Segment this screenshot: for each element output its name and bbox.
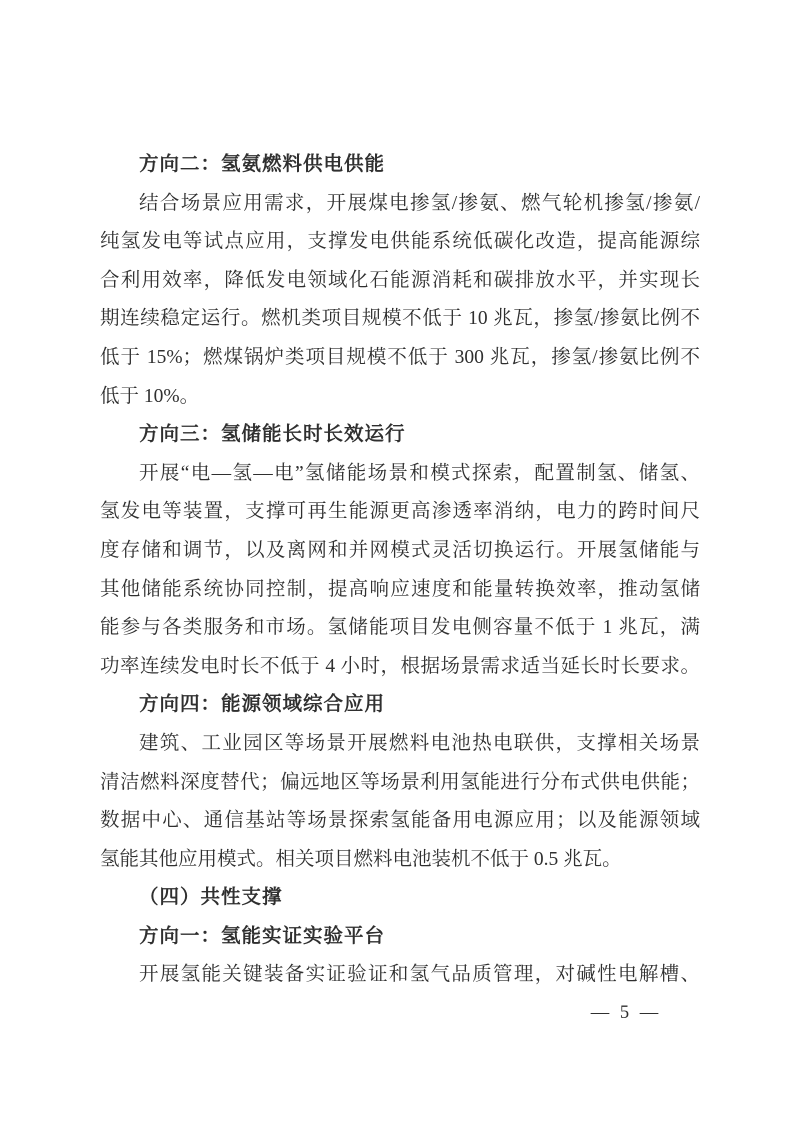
page-number: — 5 — <box>586 1000 666 1026</box>
paragraph-line: 清洁燃料深度替代；偏远地区等场景利用氢能进行分布式供电供能； <box>100 764 700 803</box>
paragraph-line: 氢能其他应用模式。相关项目燃料电池装机不低于 0.5 兆瓦。 <box>100 841 700 880</box>
paragraph-line: 建筑、工业园区等场景开展燃料电池热电联供，支撑相关场景 <box>100 725 700 764</box>
paragraph-line: 开展氢能关键装备实证验证和氢气品质管理，对碱性电解槽、 <box>100 956 700 995</box>
paragraph-line: 功率连续发电时长不低于 4 小时，根据场景需求适当延长时长要求。 <box>100 648 700 687</box>
paragraph-line: 度存储和调节，以及离网和并网模式灵活切换运行。开展氢储能与 <box>100 532 700 571</box>
heading-section-4-common-support: （四）共性支撑 <box>100 879 700 918</box>
paragraph-line: 低于 10%。 <box>100 378 700 417</box>
paragraph-line: 合利用效率，降低发电领域化石能源消耗和碳排放水平，并实现长 <box>100 262 700 301</box>
paragraph-line: 纯氢发电等试点应用，支撑发电供能系统低碳化改造，提高能源综 <box>100 223 700 262</box>
paragraph-line: 结合场景应用需求，开展煤电掺氢/掺氨、燃气轮机掺氢/掺氨/ <box>100 185 700 224</box>
paragraph-line: 期连续稳定运行。燃机类项目规模不低于 10 兆瓦，掺氢/掺氨比例不 <box>100 300 700 339</box>
paragraph-line: 氢发电等装置，支撑可再生能源更高渗透率消纳，电力的跨时间尺 <box>100 493 700 532</box>
document-page: 方向二：氢氨燃料供电供能 结合场景应用需求，开展煤电掺氢/掺氨、燃气轮机掺氢/掺… <box>0 0 794 1123</box>
document-body: 方向二：氢氨燃料供电供能 结合场景应用需求，开展煤电掺氢/掺氨、燃气轮机掺氢/掺… <box>100 146 700 995</box>
paragraph-line: 其他储能系统协同控制，提高响应速度和能量转换效率，推动氢储 <box>100 571 700 610</box>
paragraph-line: 能参与各类服务和市场。氢储能项目发电侧容量不低于 1 兆瓦，满 <box>100 609 700 648</box>
heading-direction-2: 方向二：氢氨燃料供电供能 <box>100 146 700 185</box>
paragraph-line: 开展“电—氢—电”氢储能场景和模式探索，配置制氢、储氢、 <box>100 455 700 494</box>
heading-direction-4: 方向四：能源领域综合应用 <box>100 686 700 725</box>
heading-direction-3: 方向三：氢储能长时长效运行 <box>100 416 700 455</box>
paragraph-line: 数据中心、通信基站等场景探索氢能备用电源应用；以及能源领域 <box>100 802 700 841</box>
paragraph-line: 低于 15%；燃煤锅炉类项目规模不低于 300 兆瓦，掺氢/掺氨比例不 <box>100 339 700 378</box>
heading-direction-1: 方向一：氢能实证实验平台 <box>100 918 700 957</box>
